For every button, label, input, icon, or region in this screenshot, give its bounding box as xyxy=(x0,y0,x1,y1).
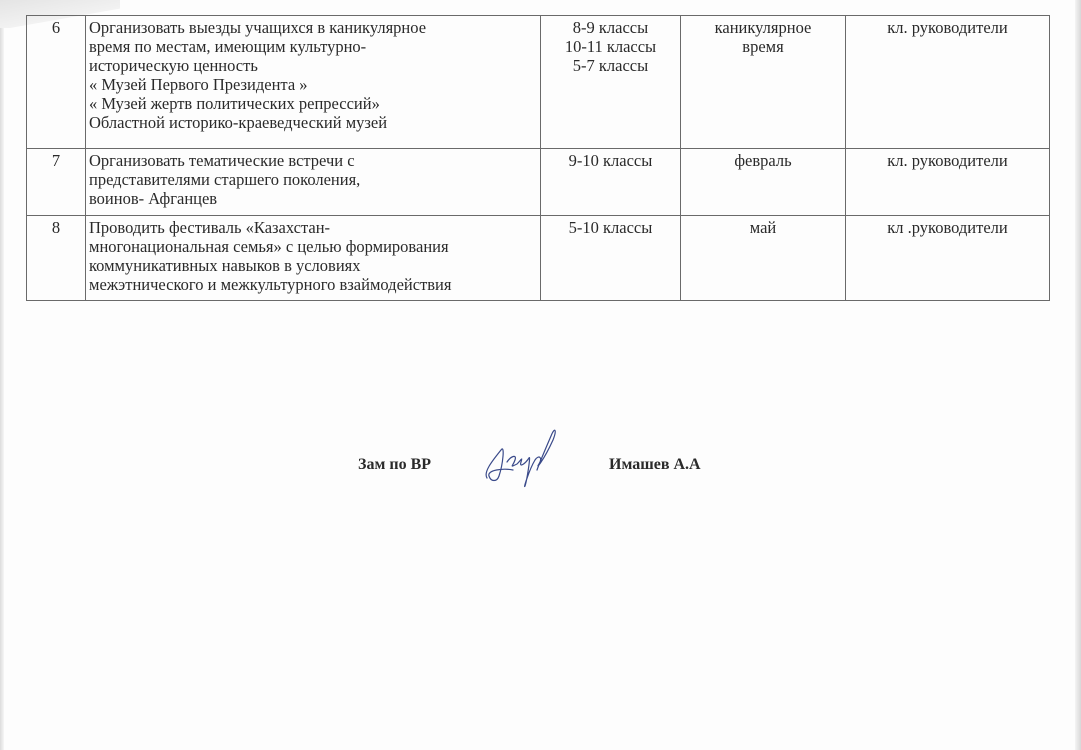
row-number: 7 xyxy=(27,149,86,216)
activity-time: каникулярное время xyxy=(681,16,846,149)
table-row: 6 Организовать выезды учащихся в каникул… xyxy=(27,16,1050,149)
activity-time: февраль xyxy=(681,149,846,216)
target-classes: 5-10 классы xyxy=(541,216,681,301)
handwritten-signature-icon xyxy=(473,420,573,490)
table-row: 8 Проводить фестиваль «Казахстан- многон… xyxy=(27,216,1050,301)
table-row: 7 Организовать тематические встречи с пр… xyxy=(27,149,1050,216)
row-number: 8 xyxy=(27,216,86,301)
responsible-person: кл. руководители xyxy=(846,16,1050,149)
signatory-name: Имашев А.А xyxy=(609,456,701,474)
responsible-person: кл. руководители xyxy=(846,149,1050,216)
activity-time: май xyxy=(681,216,846,301)
activity-description: Проводить фестиваль «Казахстан- многонац… xyxy=(86,216,541,301)
page-edge-left xyxy=(0,0,4,750)
target-classes: 8-9 классы 10-11 классы 5-7 классы xyxy=(541,16,681,149)
activity-description: Организовать выезды учащихся в каникуляр… xyxy=(86,16,541,149)
responsible-person: кл .руководители xyxy=(846,216,1050,301)
target-classes: 9-10 классы xyxy=(541,149,681,216)
page-edge-right xyxy=(1075,0,1081,750)
signature-block: Зам по ВР Имашев А.А xyxy=(358,420,738,490)
activity-plan-table: 6 Организовать выезды учащихся в каникул… xyxy=(26,15,1050,301)
row-number: 6 xyxy=(27,16,86,149)
signatory-role: Зам по ВР xyxy=(358,456,431,474)
activity-description: Организовать тематические встречи с пред… xyxy=(86,149,541,216)
